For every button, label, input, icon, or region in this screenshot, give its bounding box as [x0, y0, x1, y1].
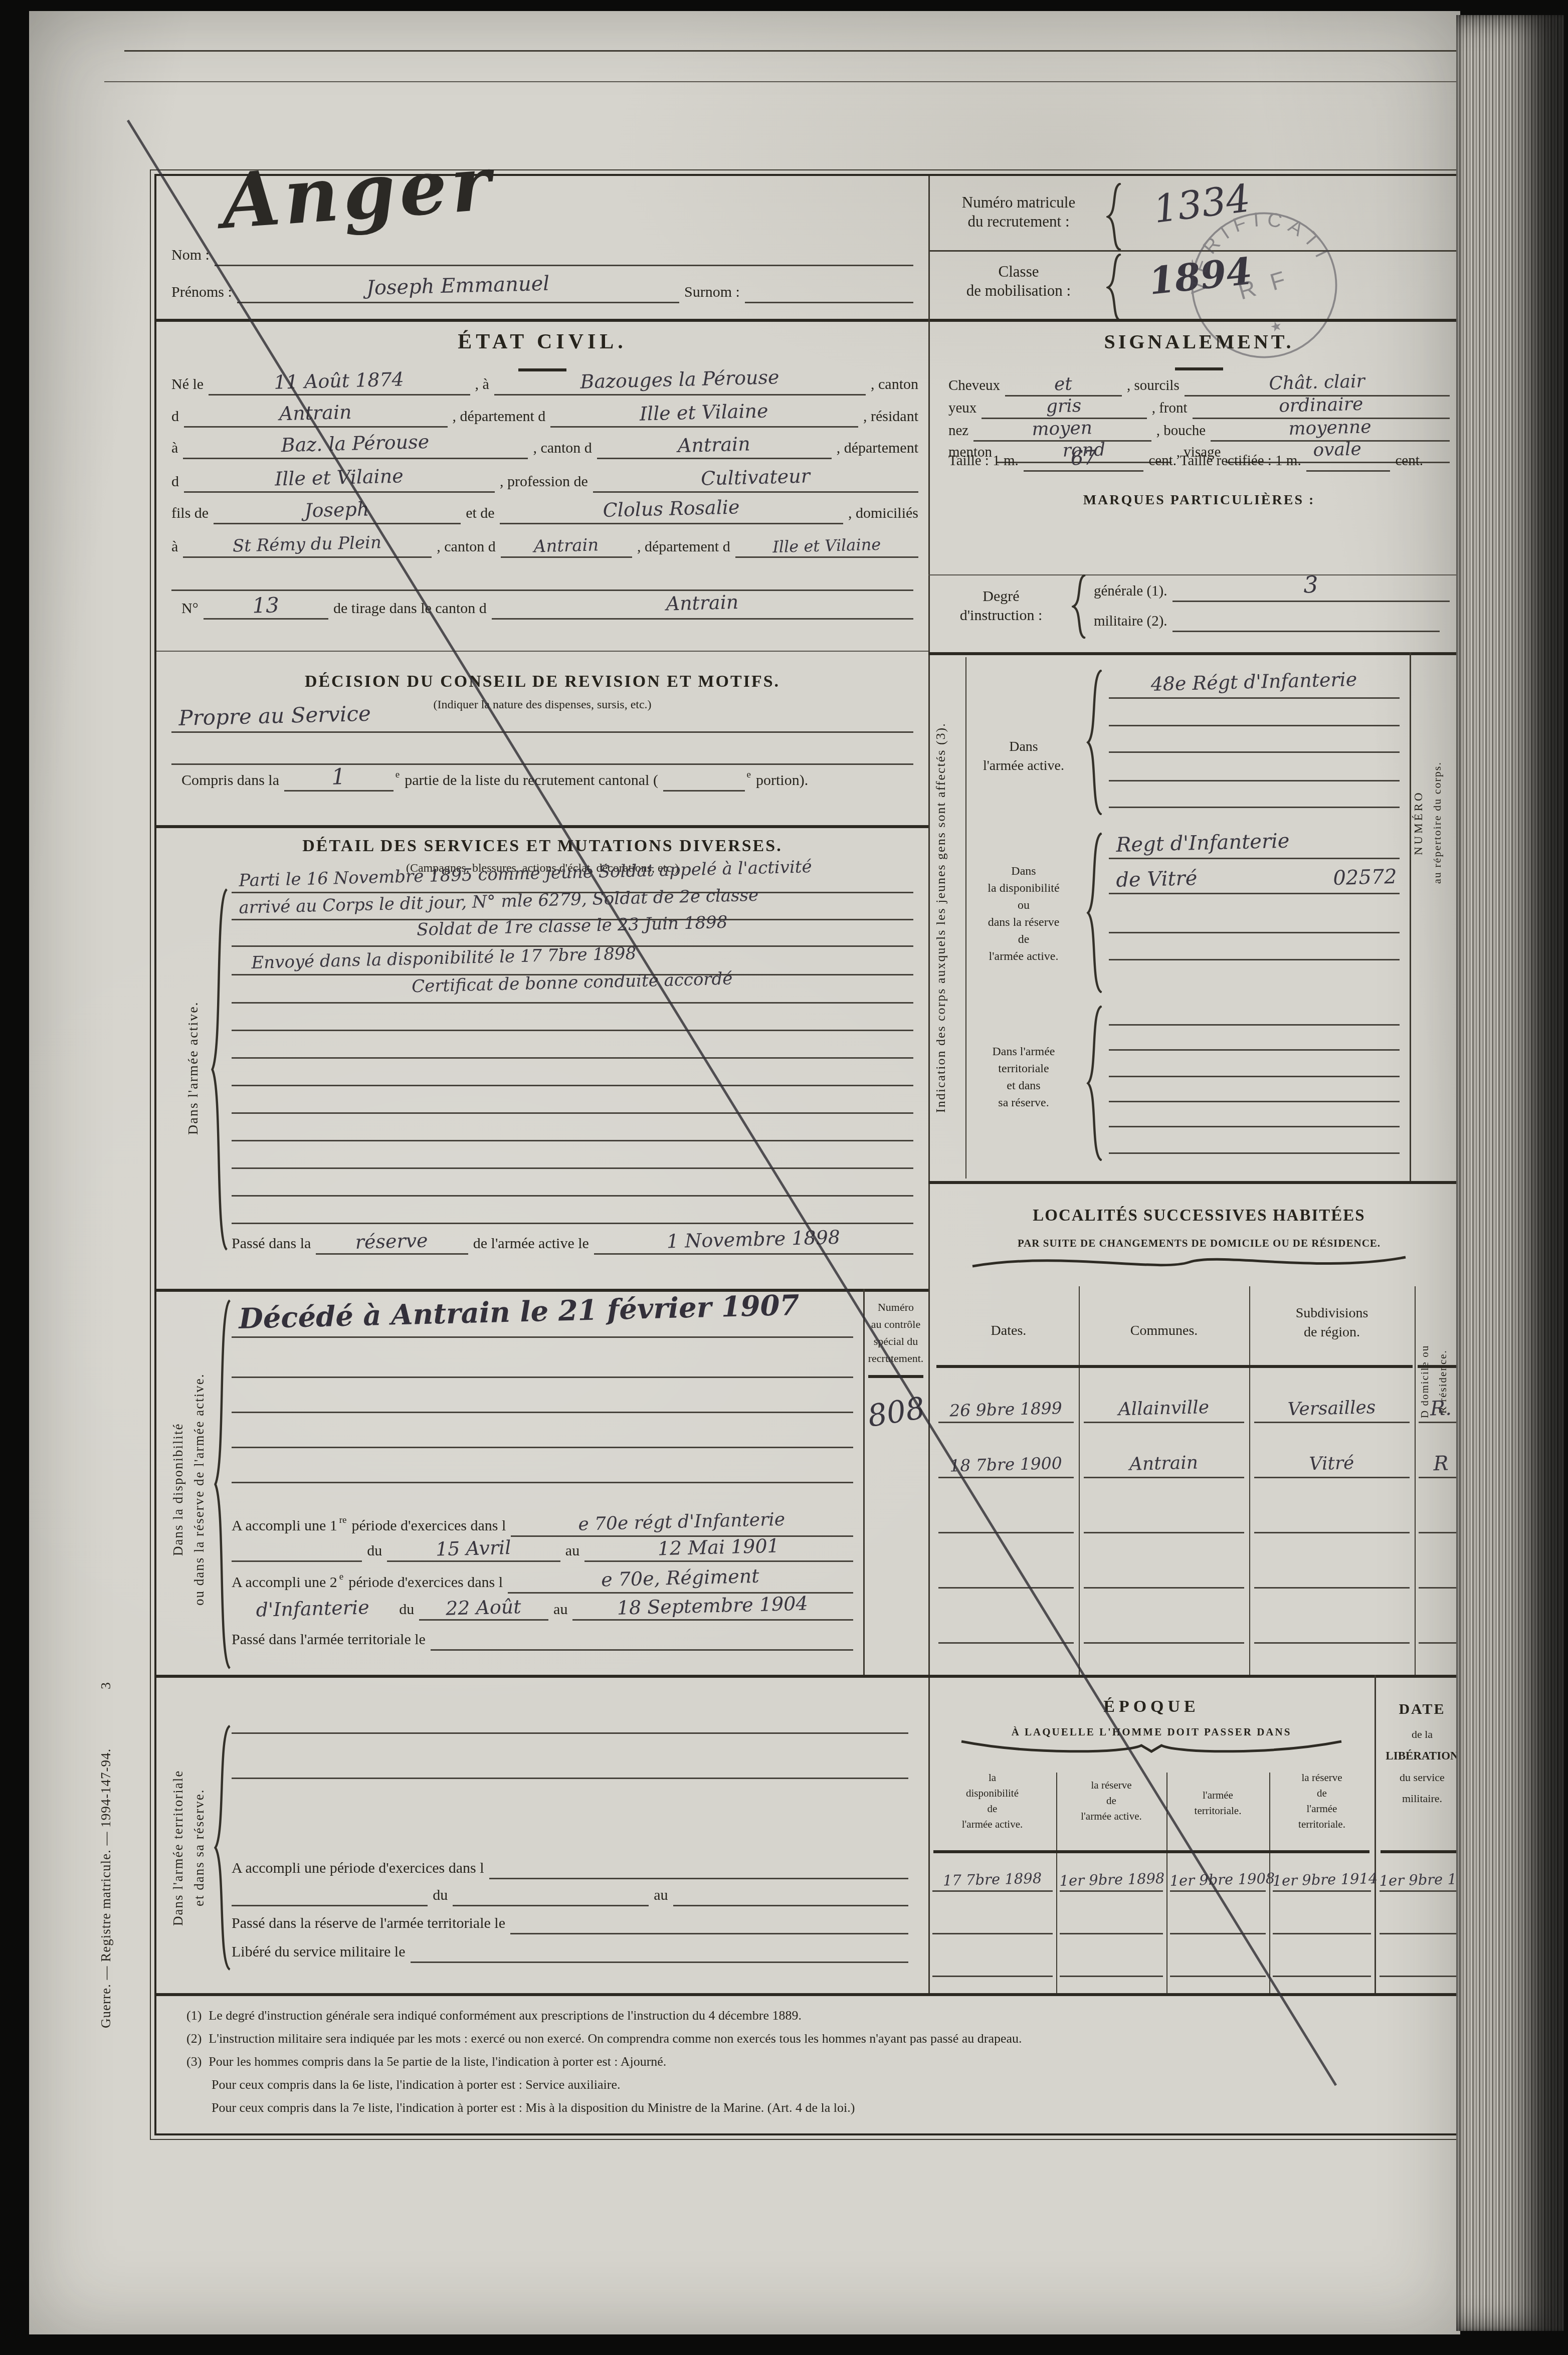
- localites-col-dr-1: D domicile ou: [1420, 1299, 1430, 1464]
- classe-brace: [1106, 254, 1122, 321]
- svg-text:R F: R F: [1235, 265, 1293, 305]
- margin-page-number: 3: [99, 1670, 113, 1700]
- ruled-line: [1060, 1946, 1163, 1977]
- corps-reserve-value-2: de Vitré: [1116, 867, 1198, 892]
- section-thick-rule: [928, 1181, 1470, 1184]
- passe-reserve-line: réserve: [316, 1232, 468, 1255]
- residence-row: à Baz. la Pérouse , canton d Antrain , d…: [171, 427, 918, 459]
- localites-col-divider: [1079, 1286, 1080, 1675]
- passe-reserve-territoriale-row: Passé dans la réserve de l'armée territo…: [232, 1903, 908, 1934]
- mother-line: Clolus Rosalie: [500, 502, 843, 524]
- domicile-canton-line: Antrain: [501, 537, 632, 558]
- birth-departement-line: Ille et Vilaine: [550, 405, 858, 428]
- localites-swash: [968, 1251, 1410, 1273]
- corps-row3-brace: [1086, 1006, 1103, 1161]
- corps-active-line: 48e Régt d'Infanterie: [1109, 670, 1400, 699]
- tirage-number-line: 13: [204, 595, 328, 620]
- nom-line: [215, 265, 913, 266]
- localites-col-communes: Communes.: [1084, 1321, 1244, 1340]
- degre-militaire-row: militaire (2).: [1094, 601, 1440, 632]
- corps-active-value: 48e Régt d'Infanterie: [1108, 667, 1400, 696]
- residence-canton: Antrain: [597, 431, 832, 459]
- service-entry: Envoyé dans la disponibilité le 17 7bre …: [251, 943, 636, 973]
- residence-departement-line: Ille et Vilaine: [184, 470, 495, 493]
- father-line: Joseph: [214, 502, 461, 524]
- degre-generale-row: générale (1). 3: [1094, 571, 1450, 602]
- ruled-line: [938, 1558, 1074, 1589]
- corps-row2-label: Dans la disponibilité ou dans la réserve…: [973, 863, 1074, 965]
- numero-column-divider: [1410, 652, 1411, 1181]
- residence: Baz. la Pérouse: [182, 428, 528, 459]
- parents-row: fils de Joseph et de Clolus Rosalie , do…: [171, 492, 918, 524]
- taille-value: 67: [1023, 445, 1144, 471]
- ruled-line: [1170, 1946, 1266, 1977]
- localites-commune-cell: Allainville: [1084, 1393, 1244, 1423]
- marques-label: MARQUES PARTICULIÈRES :: [928, 491, 1470, 510]
- ruled-line: [232, 1140, 913, 1169]
- birth-canton: Antrain: [183, 399, 447, 427]
- header-bottom-rule: [156, 319, 1470, 322]
- territoriale-periode-row-b: du au: [232, 1875, 908, 1906]
- periode2-corps2: d'Infanterie: [231, 1596, 394, 1622]
- surname-signature: Anger: [219, 139, 498, 246]
- active-army-side-label: Dans l'armée active.: [186, 893, 201, 1244]
- ruled-line: [1254, 1503, 1410, 1533]
- ruled-line: [1109, 999, 1400, 1026]
- localites-title: LOCALITÉS SUCCESSIVES HABITÉES: [938, 1206, 1460, 1225]
- surnom-label: Surnom :: [684, 284, 740, 303]
- ruled-line: [232, 1747, 908, 1779]
- periode1-from-line: 15 Avril: [387, 1539, 560, 1562]
- birth-date-line: 11 Août 1874: [209, 373, 470, 396]
- periode1-row-b: du 15 Avril au 12 Mai 1901: [232, 1530, 853, 1562]
- localites-col-divider: [1249, 1286, 1250, 1675]
- section-thick-rule: [156, 1289, 928, 1292]
- localites-commune-cell: Antrain: [1084, 1448, 1244, 1478]
- controle-number: 808: [865, 1391, 927, 1434]
- periode2-to: 18 Septembre 1904: [572, 1591, 853, 1620]
- ruled-line: [232, 1058, 913, 1086]
- active-army-brace: [211, 888, 229, 1251]
- ruled-line: [411, 1961, 908, 1963]
- taille-row: Taille : 1 m. 67 cent. Taille rectifiée …: [948, 441, 1455, 472]
- passe-reserve-date: 1 Novembre 1898: [594, 1224, 913, 1254]
- footnote-1: (1)Le degré d'instruction générale sera …: [186, 2008, 802, 2023]
- classe-label: Classe de mobilisation :: [938, 262, 1099, 300]
- domicile-departement-line: Ille et Vilaine: [735, 538, 918, 558]
- corps-reserve-numero: 02572: [1333, 865, 1397, 890]
- disponibilite-side-label-2: ou dans la réserve de l'armée active.: [192, 1304, 206, 1675]
- degre-generale-value: 3: [1171, 567, 1450, 602]
- ruled-line: [1109, 1024, 1400, 1051]
- degre-label: Degré d'instruction :: [938, 587, 1064, 625]
- degre-brace: [1072, 574, 1087, 639]
- ruled-line: [1170, 1904, 1266, 1934]
- corps-row1-label: Dans l'armée active.: [973, 737, 1074, 775]
- prenoms-value: Joseph Emmanuel: [237, 269, 679, 303]
- taille-line: 67: [1024, 448, 1144, 472]
- domicile-canton: Antrain: [500, 534, 632, 557]
- epoque-col-divider: [1166, 1773, 1167, 1993]
- prenoms-label: Prénoms :: [171, 284, 232, 303]
- degre-generale-line: 3: [1172, 574, 1450, 602]
- territoriale-side-label-1: Dans l'armée territoriale: [171, 1740, 185, 1955]
- ruled-line: [938, 1613, 1074, 1644]
- corps-reserve-value-1: Regt d'Infanterie: [1116, 830, 1290, 857]
- ruled-line: [1084, 1613, 1244, 1644]
- localites-subdivision-cell: Vitré: [1254, 1448, 1410, 1478]
- ruled-line: [232, 1702, 908, 1734]
- matricule-label: Numéro matricule du recrutement :: [938, 193, 1099, 231]
- ruled-line: [1109, 1127, 1400, 1154]
- controle-rule: [868, 1375, 923, 1378]
- territoriale-brace: [214, 1725, 232, 1971]
- libere-row: Libéré du service militaire le: [232, 1931, 908, 1963]
- ruled-line: [1109, 724, 1400, 753]
- decision-value: Propre au Service: [178, 701, 371, 730]
- compris-row: Compris dans la 1 e partie de la liste d…: [181, 759, 903, 792]
- ruled-line: [1109, 1051, 1400, 1077]
- birth-row: Né le 11 Août 1874 , à Bazouges la Pérou…: [171, 363, 918, 396]
- decision-line: Propre au Service: [171, 700, 913, 733]
- section-thick-rule: [156, 825, 928, 828]
- localites-col-dr-2: R résidence.: [1438, 1299, 1448, 1464]
- corps-reserve-line: Regt d'Infanterie: [1109, 830, 1400, 859]
- ruled-line: [1109, 1076, 1400, 1102]
- ruled-line: [232, 1030, 913, 1059]
- footnote-3: (3)Pour les hommes compris dans la 5e pa…: [186, 2054, 666, 2069]
- service-entry-line: Soldat de 1re classe le 23 Juin 1898: [232, 918, 913, 947]
- paper: Guerre. — Registre matricule. — 1994-147…: [29, 11, 1460, 2334]
- page-top-rule-2: [104, 81, 1458, 82]
- epoque-value-cell: 1er 9bre 1914: [1273, 1861, 1371, 1892]
- canton-row: d Antrain , département d Ille et Vilain…: [171, 396, 918, 428]
- deces-entry: Décédé à Antrain le 21 février 1907: [238, 1289, 800, 1335]
- epoque-brace-swash: [958, 1737, 1344, 1755]
- book-page-edges: [1456, 15, 1564, 2331]
- localites-header-rule: [936, 1365, 1413, 1368]
- periode1-to: 12 Mai 1901: [584, 1533, 853, 1561]
- footnote-4: Pour ceux compris dans la 6e liste, l'in…: [212, 2077, 621, 2092]
- periode1-to-line: 12 Mai 1901: [584, 1539, 853, 1562]
- birth-departement: Ille et Vilaine: [550, 398, 858, 427]
- margin-imprint: Guerre. — Registre matricule. — 1994-147…: [99, 1715, 113, 2061]
- surnom-line: [745, 302, 913, 303]
- ruled-line: [1060, 1904, 1163, 1934]
- periode1-from: 15 Avril: [386, 1535, 560, 1561]
- deces-line: Décédé à Antrain le 21 février 1907: [232, 1293, 853, 1338]
- matricule-brace: [1106, 183, 1122, 251]
- passe-territoriale-row: Passé dans l'armée territoriale le: [232, 1619, 853, 1651]
- localites-col-dates: Dates.: [938, 1321, 1079, 1340]
- ruled-line: [232, 1196, 913, 1224]
- ruled-line: [1109, 779, 1400, 808]
- profession: Cultivateur: [593, 462, 918, 492]
- localites-date-cell: 18 7bre 1900: [938, 1448, 1074, 1478]
- footnote-2: (2)L'instruction militaire sera indiquée…: [186, 2031, 1022, 2046]
- controle-label: Numéro au contrôle spécial du recrutemen…: [864, 1299, 927, 1367]
- father-name: Joseph: [213, 496, 461, 524]
- localites-col-divider: [1415, 1286, 1416, 1675]
- registration-form: Anger Nom : Prénoms : Joseph Emmanuel Su…: [154, 174, 1472, 2135]
- ruled-line: [232, 1113, 913, 1141]
- nom-row: Nom :: [171, 234, 913, 266]
- ruled-line: [1254, 1613, 1410, 1644]
- epoque-date-divider: [1375, 1675, 1376, 1993]
- service-entry-line: Certificat de bonne conduite accordé: [232, 975, 913, 1004]
- localites-col-subdivisions: Subdivisions de région.: [1254, 1304, 1410, 1342]
- epoque-date-header-2: de la: [1375, 1725, 1470, 1744]
- profession-row: d Ille et Vilaine , profession de Cultiv…: [171, 461, 918, 493]
- ruled-line: [1109, 1101, 1400, 1127]
- ruled-line: [1254, 1558, 1410, 1589]
- epoque-title: ÉPOQUE: [928, 1697, 1375, 1716]
- ruled-line: [232, 1452, 853, 1483]
- epoque-col2-header: la réservede l'armée active.: [1059, 1778, 1164, 1824]
- numero-repertoire-label-1: NUMÉRO: [1413, 672, 1424, 973]
- periode2-corps: e 70e, Régiment: [507, 1562, 853, 1593]
- tirage-canton: Antrain: [491, 586, 913, 619]
- localites-subtitle: PAR SUITE DE CHANGEMENTS DE DOMICILE OU …: [938, 1234, 1460, 1253]
- scanned-register-page: { "colors": {"paper":"#d6d4cd","ink":"#2…: [0, 0, 1568, 2355]
- ruled-line: [232, 1168, 913, 1197]
- disponibilite-side-label-1: Dans la disponibilité: [171, 1324, 185, 1655]
- periode2-corps2-holder: d'Infanterie: [232, 1600, 394, 1621]
- tirage-number: 13: [203, 592, 328, 619]
- ruled-line: [171, 563, 913, 591]
- ruled-line: [932, 1904, 1053, 1934]
- ruled-line: [232, 1417, 853, 1448]
- ruled-line: [1273, 1904, 1371, 1934]
- ruled-line: [932, 1946, 1053, 1977]
- epoque-date-header-4: du service: [1375, 1768, 1470, 1787]
- numero-repertoire-label-2: au répertoire du corps.: [1432, 662, 1443, 983]
- periode2-row-b: d'Infanterie du 22 Août au 18 Septembre …: [232, 1589, 853, 1621]
- footnotes-rule: [156, 1993, 1470, 1996]
- ruled-line: [232, 1085, 913, 1114]
- epoque-date-value-cell: 1er 9bre 1920: [1380, 1861, 1466, 1892]
- domicile-row: à St Rémy du Plein , canton d Antrain , …: [171, 526, 918, 558]
- section-thick-rule: [156, 1675, 1470, 1678]
- footnote-5: Pour ceux compris dans la 7e liste, l'in…: [212, 2100, 855, 2115]
- passe-reserve-row: Passé dans la réserve de l'armée active …: [232, 1223, 913, 1255]
- nom-label: Nom :: [171, 247, 210, 266]
- epoque-value-cell: 1er 9bre 1898: [1060, 1861, 1163, 1892]
- ruled-line: [938, 1503, 1074, 1533]
- ruled-line: [1109, 697, 1400, 726]
- ruled-line: [1109, 931, 1400, 960]
- periode2-from: 22 Août: [419, 1595, 548, 1620]
- epoque-date-header-1: DATE: [1375, 1700, 1470, 1719]
- corps-row2-brace: [1086, 833, 1103, 993]
- ruled-line: [1109, 752, 1400, 781]
- decision-title: DÉCISION DU CONSEIL DE REVISION ET MOTIF…: [156, 672, 928, 691]
- compris-line: 1: [284, 765, 394, 792]
- profession-line: Cultivateur: [593, 470, 918, 493]
- epoque-col3-header: l'arméeterritoriale.: [1169, 1788, 1267, 1819]
- service-entry-line: Parti le 16 Novembre 1895 comme jeune So…: [232, 865, 913, 893]
- disponibilite-brace: [214, 1299, 232, 1670]
- domicile-departement: Ille et Vilaine: [735, 534, 918, 557]
- epoque-header-rule: [933, 1850, 1369, 1853]
- prenoms-row: Prénoms : Joseph Emmanuel Surnom :: [171, 271, 913, 303]
- residence-line: Baz. la Pérouse: [183, 437, 528, 459]
- section-rule: [156, 651, 928, 652]
- epoque-value-cell: 1er 9bre 1908: [1170, 1861, 1266, 1892]
- ruled-line: [232, 1346, 853, 1378]
- ruled-line: [1273, 1946, 1371, 1977]
- birth-place-line: Bazouges la Pérouse: [494, 373, 866, 396]
- territoriale-side-label-2: et dans sa réserve.: [192, 1730, 206, 1966]
- birth-date: 11 Août 1874: [208, 366, 470, 395]
- passe-reserve-date-line: 1 Novembre 1898: [594, 1232, 913, 1255]
- ruled-line: [1109, 904, 1400, 933]
- degre-militaire-line: [1172, 631, 1440, 632]
- epoque-col-divider: [1056, 1773, 1057, 1993]
- periode2-from-line: 22 Août: [419, 1598, 548, 1621]
- periode2-to-line: 18 Septembre 1904: [572, 1598, 853, 1621]
- page-top-rule: [124, 50, 1458, 52]
- ruled-line: [232, 1382, 853, 1413]
- section-thick-rule: [928, 652, 1470, 655]
- tirage-row: N° 13 de tirage dans le canton d Antrain: [181, 587, 913, 620]
- localites-subdivision-cell: Versailles: [1254, 1393, 1410, 1423]
- ruled-line: [1380, 1904, 1466, 1934]
- mother-name: Clolus Rosalie: [499, 493, 843, 524]
- passe-reserve-value: réserve: [315, 1229, 468, 1254]
- epoque-col4-header: la réservede l'arméeterritoriale.: [1272, 1770, 1372, 1832]
- main-column-divider: [928, 176, 930, 1993]
- ruled-line: [431, 1649, 853, 1651]
- residence-canton-line: Antrain: [597, 437, 832, 459]
- epoque-date-header-3: LIBÉRATION: [1375, 1746, 1470, 1765]
- parents-domicile: St Rémy du Plein: [182, 531, 432, 557]
- corps-row1-brace: [1086, 670, 1103, 815]
- compris-value: 1: [284, 763, 394, 791]
- ruled-line: [1084, 1503, 1244, 1533]
- birth-canton-line: Antrain: [184, 405, 448, 428]
- birth-place: Bazouges la Pérouse: [494, 364, 866, 395]
- corps-reserve-line-2: de Vitré 02572: [1109, 865, 1400, 894]
- signalement-title: SIGNALEMENT.: [928, 332, 1470, 351]
- ruled-line: [232, 1003, 913, 1031]
- localites-date-cell: 26 9bre 1899: [938, 1393, 1074, 1423]
- domicile-line: St Rémy du Plein: [183, 537, 432, 558]
- portion-line: [663, 790, 745, 792]
- etat-civil-title: ÉTAT CIVIL.: [156, 332, 928, 351]
- epoque-value-cell: 17 7bre 1898: [932, 1861, 1053, 1892]
- corps-side-label: Indication des corps auxquels les jeunes…: [934, 657, 947, 1179]
- ruled-line: [1380, 1946, 1466, 1977]
- corps-label-divider: [965, 657, 966, 1179]
- epoque-header-rule-date: [1381, 1850, 1465, 1853]
- taille-rectifiee-line: [1306, 470, 1391, 472]
- epoque-date-header-5: militaire.: [1375, 1789, 1470, 1808]
- residence-departement: Ille et Vilaine: [183, 463, 495, 492]
- tirage-canton-line: Antrain: [492, 597, 913, 620]
- epoque-col1-header: ladisponibilité del'armée active.: [931, 1770, 1054, 1832]
- prenoms-line: Joseph Emmanuel: [237, 280, 679, 303]
- corps-row3-label: Dans l'armée territoriale et dans sa rés…: [973, 1043, 1074, 1111]
- ruled-line: [1084, 1558, 1244, 1589]
- services-title: DÉTAIL DES SERVICES ET MUTATIONS DIVERSE…: [156, 837, 928, 856]
